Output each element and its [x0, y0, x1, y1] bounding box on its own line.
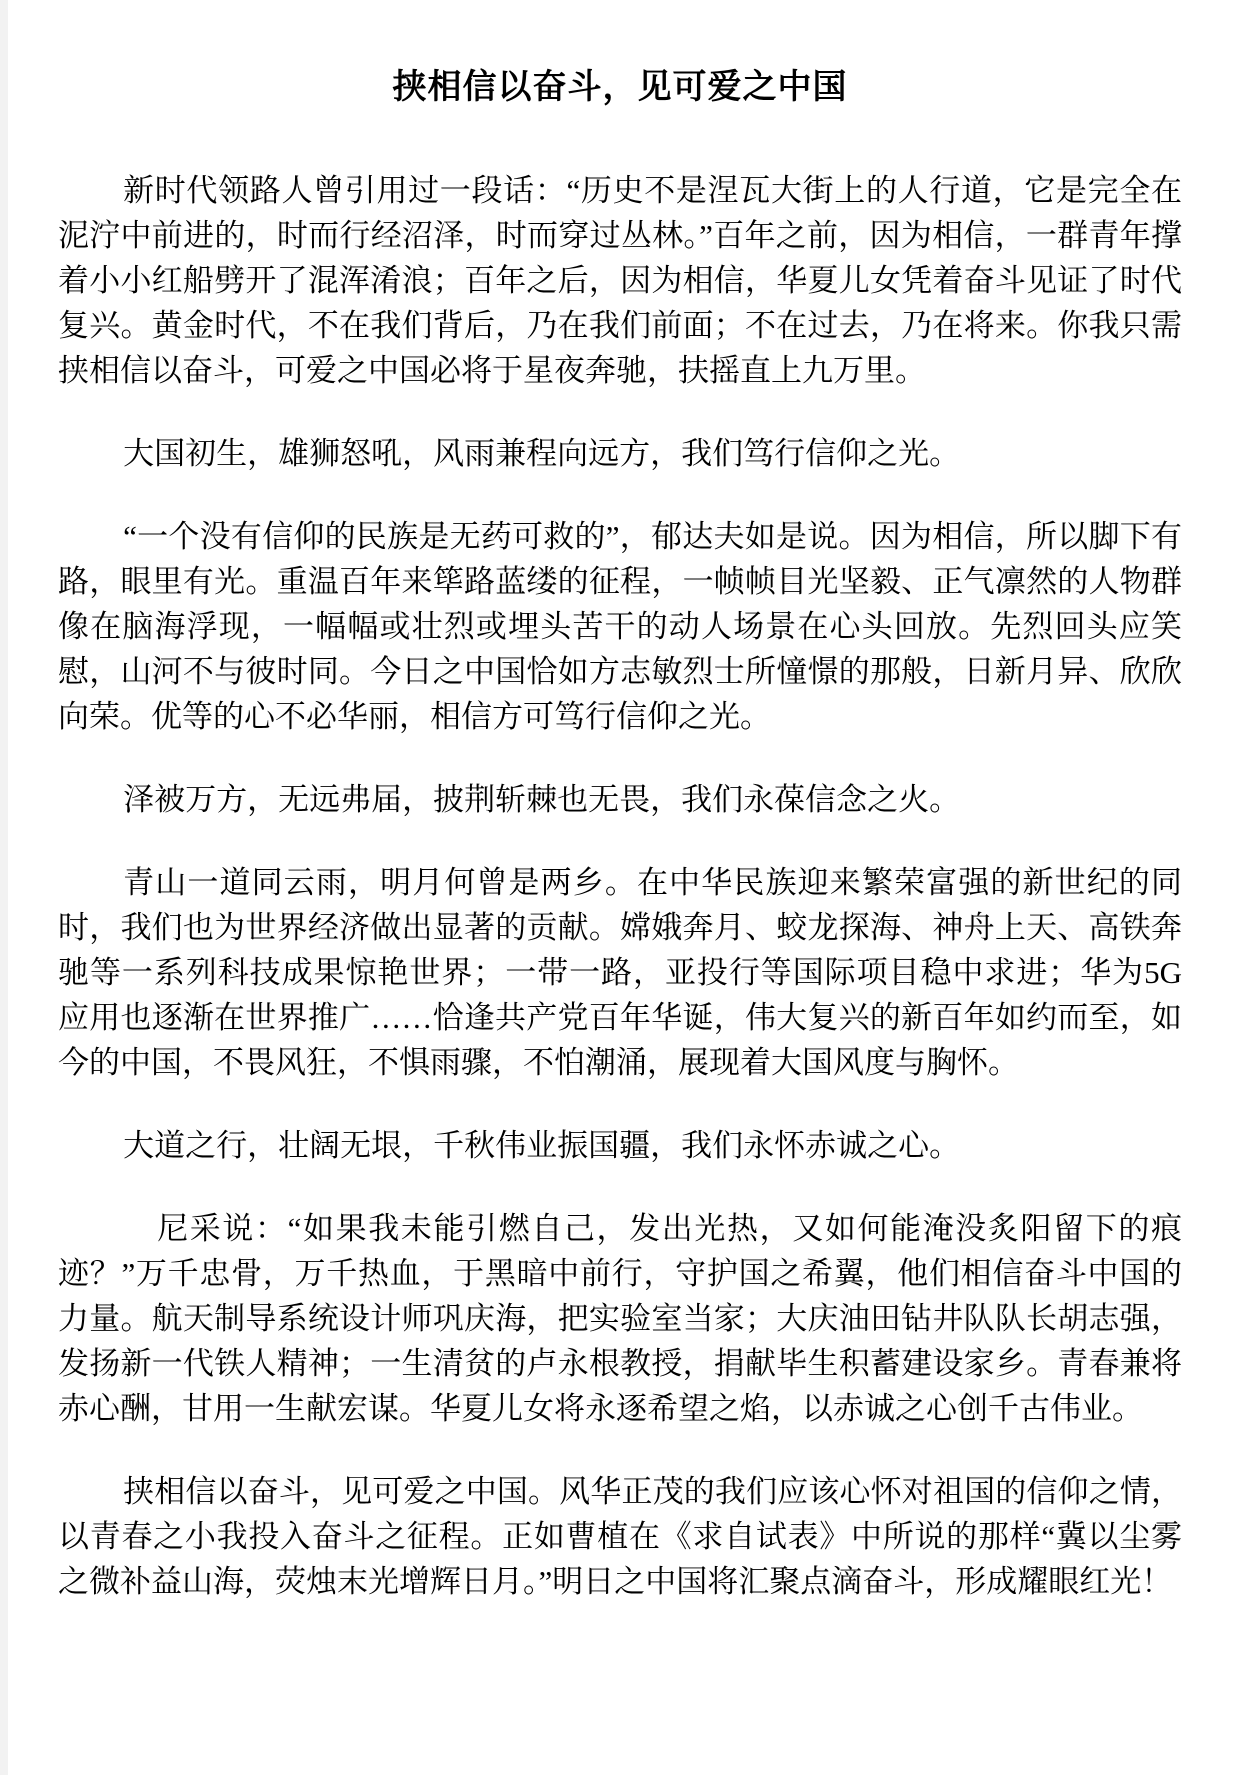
essay-paragraph-intro: 新时代领路人曾引用过一段话：“历史不是涅瓦大街上的人行道，它是完全在泥泞中前进的…: [58, 168, 1182, 393]
essay-title: 挟相信以奋斗，见可爱之中国: [58, 64, 1182, 112]
essay-paragraph-heroes: 尼采说：“如果我未能引燃自己，发出光热，又如何能淹没炙阳留下的痕迹？”万千忠骨，…: [58, 1206, 1182, 1431]
document-page: 挟相信以奋斗，见可爱之中国 新时代领路人曾引用过一段话：“历史不是涅瓦大街上的人…: [0, 0, 1242, 1775]
essay-subheading-3: 大道之行，壮阔无垠，千秋伟业振国疆，我们永怀赤诚之心。: [58, 1123, 1182, 1168]
page-scan-edge: [0, 0, 8, 1775]
essay-paragraph-faith: “一个没有信仰的民族是无药可救的”，郁达夫如是说。因为相信，所以脚下有路，眼里有…: [58, 514, 1182, 739]
essay-paragraph-achievements: 青山一道同云雨，明月何曾是两乡。在中华民族迎来繁荣富强的新世纪的同时，我们也为世…: [58, 860, 1182, 1085]
essay-paragraph-conclusion: 挟相信以奋斗，见可爱之中国。风华正茂的我们应该心怀对祖国的信仰之情，以青春之小我…: [58, 1469, 1182, 1604]
essay-subheading-1: 大国初生，雄狮怒吼，风雨兼程向远方，我们笃行信仰之光。: [58, 431, 1182, 476]
essay-subheading-2: 泽被万方，无远弗届，披荆斩棘也无畏，我们永葆信念之火。: [58, 777, 1182, 822]
